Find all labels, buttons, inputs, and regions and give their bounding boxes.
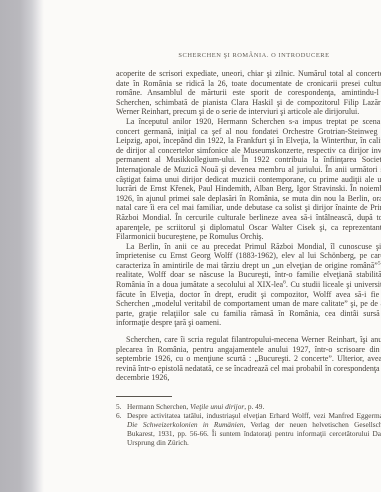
footnote-5: 5. Hermann Scherchen, Vieţile unui dirij… — [116, 402, 381, 411]
footnote-6-number: 6. — [116, 411, 127, 420]
paragraph-2: La începutul anilor 1920, Hermann Scherc… — [116, 117, 381, 242]
footnote-6-title-italic: Die Schweizerkolonien in Rumänien — [127, 420, 244, 429]
book-page: SCHERCHEN ŞI ROMÂNIA. O INTRODUCERE 11 a… — [44, 0, 381, 492]
scan-gutter-shadow — [0, 0, 44, 492]
paragraph-1: acoperite de scrisori expediate, uneori,… — [116, 69, 381, 117]
paragraph-4: Scherchen, care îi scria regulat filantr… — [116, 335, 381, 383]
page-header: SCHERCHEN ŞI ROMÂNIA. O INTRODUCERE 11 — [116, 52, 381, 62]
footnote-5-title-italic: Vieţile unui dirijor — [190, 402, 244, 411]
footnotes-section: 5. Hermann Scherchen, Vieţile unui dirij… — [116, 396, 381, 447]
paragraph-4-text: Scherchen, care îi scria regulat filantr… — [116, 335, 381, 382]
footnote-separator-rule — [116, 396, 172, 397]
paragraph-1-text: acoperite de scrisori expediate, uneori,… — [116, 69, 381, 116]
footnote-5-text-part: Hermann Scherchen, — [127, 402, 190, 411]
scanned-book-page: SCHERCHEN ŞI ROMÂNIA. O INTRODUCERE 11 a… — [0, 0, 381, 492]
footnote-6-text-part: Despre activitatea tatălui, industriaşul… — [127, 411, 381, 420]
paragraph-2-text: La începutul anilor 1920, Hermann Scherc… — [116, 117, 381, 241]
footnote-5-text-part: , p. 49. — [244, 402, 264, 411]
footnote-6-text: Despre activitatea tatălui, industriaşul… — [127, 411, 381, 447]
running-title: SCHERCHEN ŞI ROMÂNIA. O INTRODUCERE — [178, 52, 329, 59]
footnote-5-text: Hermann Scherchen, Vieţile unui dirijor,… — [127, 402, 381, 411]
footnote-5-number: 5. — [116, 402, 127, 411]
paragraph-3: La Berlin, în anii ce au precedat Primul… — [116, 242, 381, 328]
paragraph-3-text: La Berlin, în anii ce au precedat Primul… — [116, 242, 381, 270]
body-text-column: acoperite de scrisori expediate, uneori,… — [116, 69, 381, 383]
footnote-6: 6. Despre activitatea tatălui, industria… — [116, 411, 381, 447]
